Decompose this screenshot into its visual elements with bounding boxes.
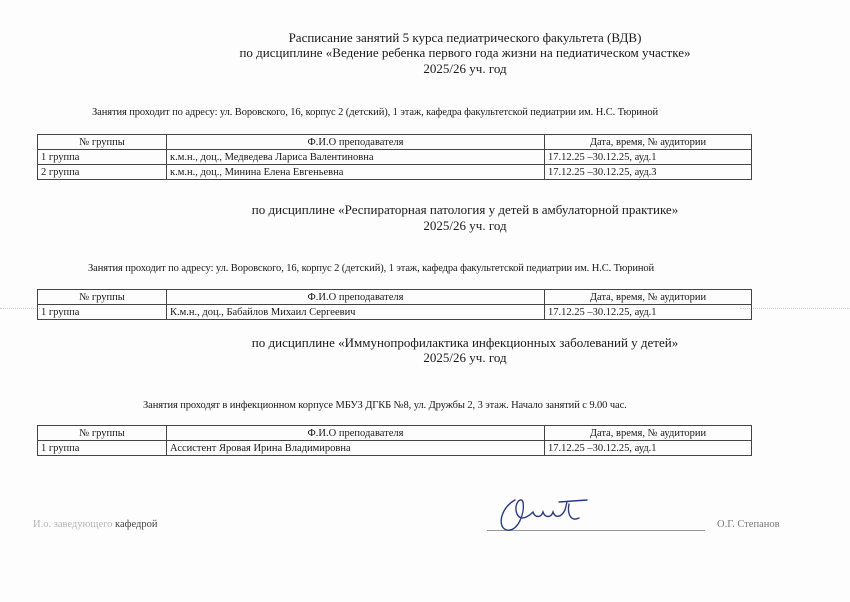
column-header-date: Дата, время, № аудитории	[545, 426, 752, 441]
schedule-table-1: № группы Ф.И.О преподавателя Дата, время…	[37, 134, 752, 180]
section-3-address: Занятия проходят в инфекционном корпусе …	[143, 400, 627, 412]
discipline-3-title: по дисциплине «Иммунопрофилактика инфекц…	[0, 335, 850, 350]
scan-noise	[0, 308, 40, 310]
section-1-address: Занятия проходит по адресу: ул. Воровско…	[92, 107, 658, 119]
academic-year-1: 2025/26 уч. год	[0, 61, 850, 76]
column-header-group: № группы	[38, 426, 167, 441]
schedule-table-3: № группы Ф.И.О преподавателя Дата, время…	[37, 425, 752, 456]
teacher-cell: Ассистент Яровая Ирина Владимировна	[167, 441, 545, 456]
date-cell: 17.12.25 –30.12.25, ауд.1	[545, 441, 752, 456]
table-row: 2 группа к.м.н., доц., Минина Елена Евге…	[38, 165, 752, 180]
table-header-row: № группы Ф.И.О преподавателя Дата, время…	[38, 135, 752, 150]
academic-year-3: 2025/26 уч. год	[0, 350, 850, 365]
column-header-date: Дата, время, № аудитории	[545, 135, 752, 150]
academic-year-2: 2025/26 уч. год	[0, 218, 850, 233]
section-2-address: Занятия проходит по адресу: ул. Воровско…	[88, 263, 654, 275]
column-header-teacher: Ф.И.О преподавателя	[167, 135, 545, 150]
column-header-teacher: Ф.И.О преподавателя	[167, 426, 545, 441]
table-header-row: № группы Ф.И.О преподавателя Дата, время…	[38, 290, 752, 305]
column-header-teacher: Ф.И.О преподавателя	[167, 290, 545, 305]
signatory-position-faint: И.о. заведующего	[33, 519, 112, 530]
signatory-position: И.о. заведующего кафедрой	[33, 519, 157, 530]
discipline-2-title: по дисциплине «Респираторная патология у…	[0, 202, 850, 217]
signatory-name: О.Г. Степанов	[717, 519, 780, 530]
group-cell: 1 группа	[38, 305, 167, 320]
column-header-group: № группы	[38, 135, 167, 150]
handwritten-signature-icon	[495, 490, 595, 535]
date-cell: 17.12.25 –30.12.25, ауд.1	[545, 305, 752, 320]
teacher-cell: к.м.н., доц., Медведева Лариса Валентино…	[167, 150, 545, 165]
teacher-cell: к.м.н., доц., Минина Елена Евгеньевна	[167, 165, 545, 180]
column-header-date: Дата, время, № аудитории	[545, 290, 752, 305]
table-header-row: № группы Ф.И.О преподавателя Дата, время…	[38, 426, 752, 441]
schedule-title: Расписание занятий 5 курса педиатрическо…	[0, 30, 850, 45]
schedule-table-2: № группы Ф.И.О преподавателя Дата, время…	[37, 289, 752, 320]
discipline-1-title: по дисциплине «Ведение ребенка первого г…	[0, 45, 850, 60]
scan-noise	[740, 308, 850, 310]
table-row: 1 группа К.м.н., доц., Бабайлов Михаил С…	[38, 305, 752, 320]
table-row: 1 группа Ассистент Яровая Ирина Владимир…	[38, 441, 752, 456]
date-cell: 17.12.25 –30.12.25, ауд.3	[545, 165, 752, 180]
date-cell: 17.12.25 –30.12.25, ауд.1	[545, 150, 752, 165]
signatory-position-rest: кафедрой	[115, 519, 157, 530]
group-cell: 1 группа	[38, 441, 167, 456]
table-row: 1 группа к.м.н., доц., Медведева Лариса …	[38, 150, 752, 165]
group-cell: 1 группа	[38, 150, 167, 165]
teacher-cell: К.м.н., доц., Бабайлов Михаил Сергеевич	[167, 305, 545, 320]
group-cell: 2 группа	[38, 165, 167, 180]
column-header-group: № группы	[38, 290, 167, 305]
